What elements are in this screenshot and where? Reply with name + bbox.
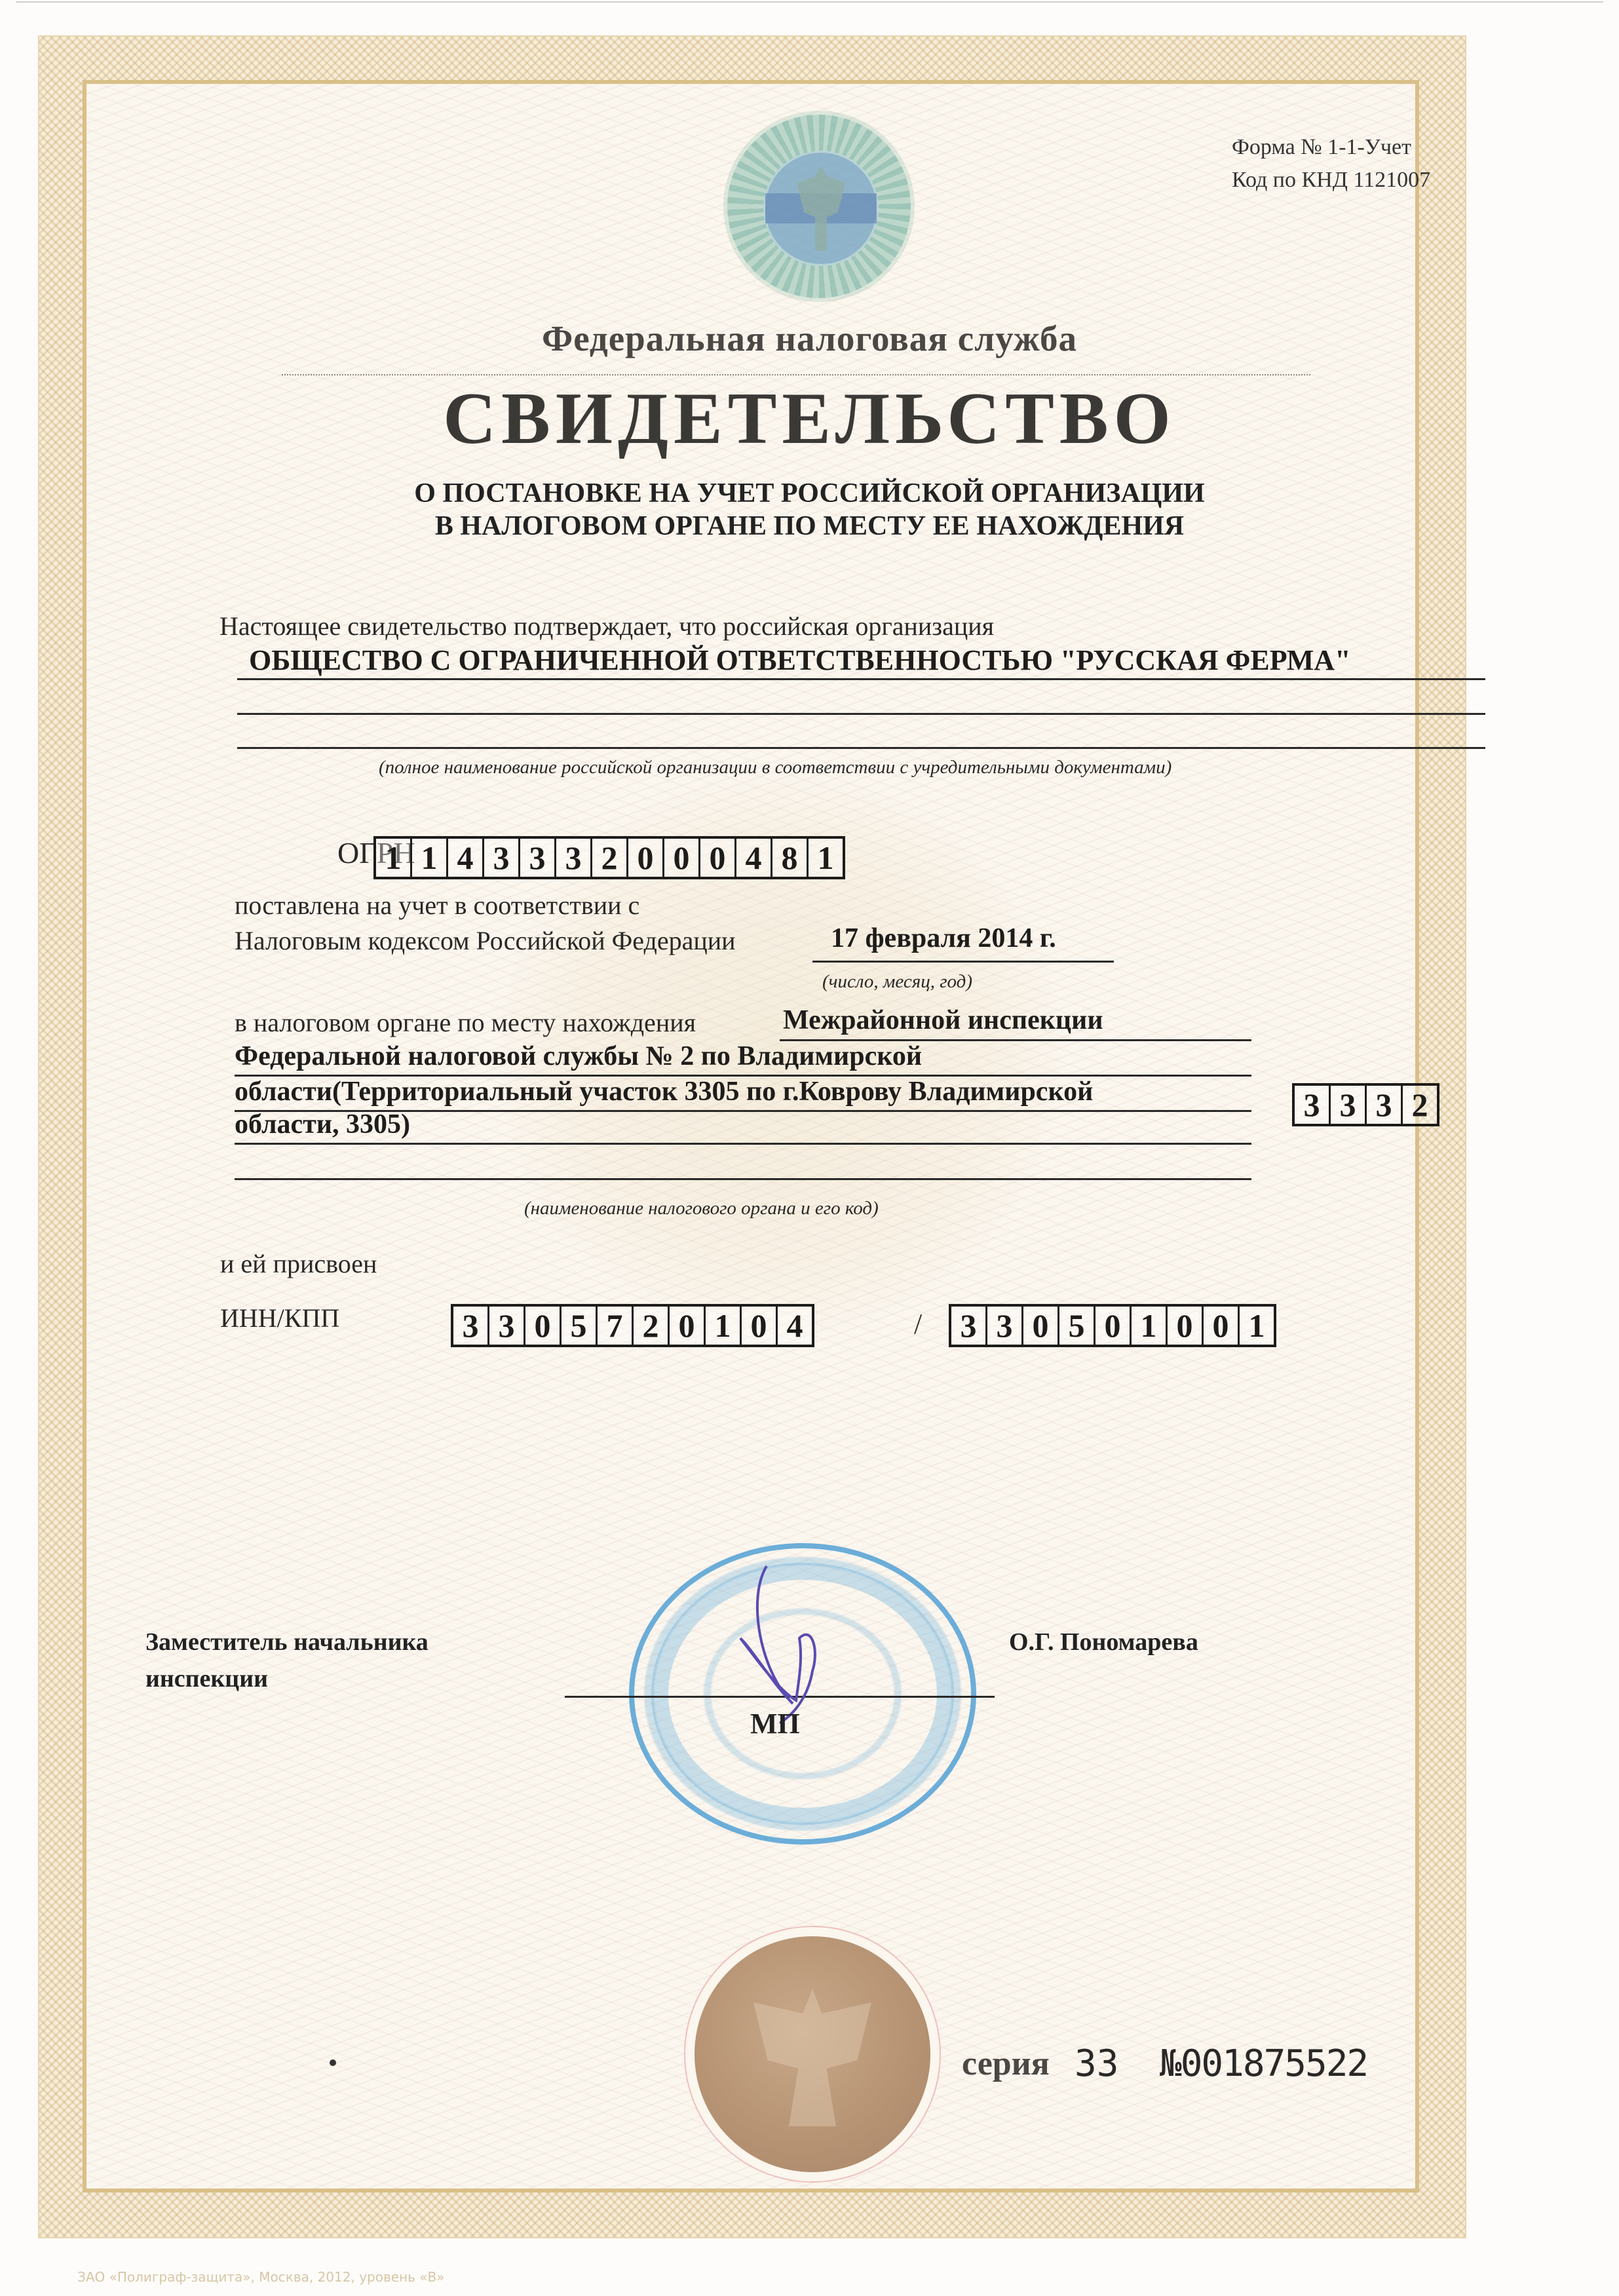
ogrn-digit: 3	[520, 839, 556, 877]
kpp-digit: 1	[1240, 1307, 1274, 1345]
code-digit: 3	[1331, 1086, 1367, 1124]
ogrn-digit: 1	[412, 839, 448, 877]
code-digit: 2	[1403, 1086, 1437, 1124]
blank-number: №001875522	[1160, 2042, 1367, 2085]
date-caption: (число, месяц, год)	[822, 971, 972, 993]
ogrn-digit: 8	[772, 839, 809, 877]
org-name-rule-3	[237, 747, 1485, 749]
signatory-name: О.Г. Пономарева	[1009, 1624, 1198, 1660]
kpp-digit: 0	[1168, 1307, 1204, 1345]
ogrn-digit: 0	[664, 839, 700, 877]
inn-digits: 3305720104	[451, 1304, 814, 1347]
kpp-digit: 0	[1204, 1307, 1240, 1345]
tax-authority-rule-5	[235, 1178, 1251, 1180]
ogrn-digit: 0	[628, 839, 664, 877]
registration-line-2: Налоговым кодексом Российской Федерации	[235, 925, 736, 956]
signatory-position: Заместитель начальника инспекции	[145, 1624, 429, 1697]
inn-digit: 4	[778, 1307, 812, 1345]
signatory-position-line-1: Заместитель начальника	[145, 1624, 429, 1660]
ogrn-digit: 0	[700, 839, 736, 877]
kpp-digits: 330501001	[949, 1304, 1276, 1347]
kpp-digit: 5	[1059, 1307, 1095, 1345]
kpp-digit: 1	[1132, 1307, 1168, 1345]
signatory-position-line-2: инспекции	[145, 1660, 429, 1697]
ogrn-digit: 3	[484, 839, 520, 877]
subtitle-line-1: О ПОСТАНОВКЕ НА УЧЕТ РОССИЙСКОЙ ОРГАНИЗА…	[0, 477, 1619, 510]
tax-authority-code-digits: 3332	[1292, 1083, 1439, 1126]
subtitle-line-2: В НАЛОГОВОМ ОРГАНЕ ПО МЕСТУ ЕЕ НАХОЖДЕНИ…	[0, 510, 1619, 543]
form-number: Форма № 1-1-Учет	[1232, 131, 1430, 164]
organization-caption: (полное наименование российской организа…	[379, 757, 1171, 778]
date-rule	[812, 961, 1114, 963]
tax-authority-line-1: Межрайонной инспекции	[783, 1004, 1103, 1036]
inn-digit: 5	[562, 1307, 598, 1345]
inn-digit: 0	[742, 1307, 778, 1345]
series-label: серия	[962, 2044, 1050, 2083]
tax-authority-caption: (наименование налогового органа и его ко…	[524, 1198, 879, 1219]
inn-digit: 3	[453, 1307, 489, 1345]
stamp-place-mark: МП	[750, 1707, 800, 1740]
organization-name: ОБЩЕСТВО С ОГРАНИЧЕННОЙ ОТВЕТСТВЕННОСТЬЮ…	[249, 643, 1351, 677]
printer-imprint: ЗАО «Полиграф-защита», Москва, 2012, уро…	[77, 2269, 444, 2285]
registration-date: 17 февраля 2014 г.	[831, 923, 1056, 954]
series-value: 33	[1075, 2042, 1118, 2085]
scan-edge-line	[16, 1, 1603, 3]
fns-hologram-icon	[727, 115, 911, 298]
certificate-title: СВИДЕТЕЛЬСТВО	[0, 377, 1619, 461]
knd-code: Код по КНД 1121007	[1232, 164, 1430, 197]
inn-digit: 0	[670, 1307, 706, 1345]
org-name-rule-2	[237, 713, 1485, 715]
kpp-digit: 0	[1095, 1307, 1132, 1345]
inn-kpp-label: ИНН/КПП	[220, 1303, 339, 1333]
kpp-digit: 3	[987, 1307, 1023, 1345]
ogrn-digit: 4	[448, 839, 484, 877]
registration-line-1: поставлена на учет в соответствии с	[235, 890, 639, 921]
ogrn-digits: 1143332000481	[373, 836, 845, 879]
tax-authority-line-2: Федеральной налоговой службы № 2 по Влад…	[235, 1041, 922, 1072]
inn-kpp-separator: /	[914, 1307, 922, 1341]
tax-authority-line-3: области(Территориальный участок 3305 по …	[235, 1076, 1093, 1107]
organization-intro: Настоящее свидетельство подтверждает, чт…	[219, 611, 994, 641]
tax-authority-line-4: области, 3305)	[235, 1109, 410, 1140]
assigned-label: и ей присвоен	[220, 1248, 377, 1279]
agency-divider	[282, 374, 1310, 375]
tax-authority-rule-4	[235, 1143, 1251, 1145]
eagle-emblem-icon	[753, 1989, 871, 2126]
inn-digit: 2	[634, 1307, 670, 1345]
inn-digit: 0	[525, 1307, 562, 1345]
ink-dot	[330, 2059, 336, 2066]
embossed-gold-seal	[695, 1936, 930, 2172]
ogrn-digit: 2	[592, 839, 628, 877]
ogrn-digit: 4	[736, 839, 772, 877]
certificate-subtitle: О ПОСТАНОВКЕ НА УЧЕТ РОССИЙСКОЙ ОРГАНИЗА…	[0, 477, 1619, 543]
form-info: Форма № 1-1-Учет Код по КНД 1121007	[1232, 131, 1430, 197]
agency-name: Федеральная налоговая служба	[0, 318, 1619, 359]
eagle-emblem-icon	[797, 166, 845, 251]
ogrn-digit: 3	[556, 839, 592, 877]
inn-digit: 7	[598, 1307, 634, 1345]
org-name-rule-1	[237, 678, 1485, 680]
code-digit: 3	[1295, 1086, 1331, 1124]
kpp-digit: 0	[1023, 1307, 1059, 1345]
tax-authority-label: в налоговом органе по месту нахождения	[235, 1007, 696, 1038]
ogrn-digit: 1	[376, 839, 412, 877]
inn-digit: 1	[706, 1307, 742, 1345]
code-digit: 3	[1367, 1086, 1403, 1124]
ogrn-digit: 1	[809, 839, 843, 877]
inn-digit: 3	[489, 1307, 525, 1345]
kpp-digit: 3	[951, 1307, 987, 1345]
signature-icon	[721, 1559, 852, 1730]
